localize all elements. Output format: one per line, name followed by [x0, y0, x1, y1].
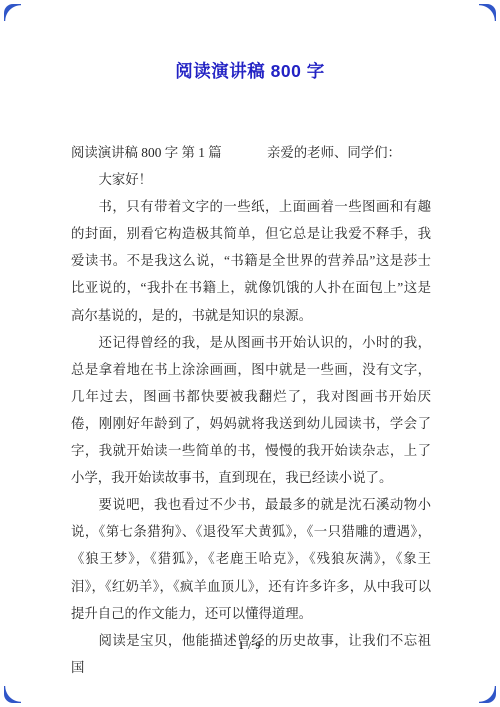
paragraph-body: 书，只有带着文字的一些纸，上面画着一些图画和有趣的封面，别看它构造极其简单，但它… — [71, 193, 431, 328]
page-number-indicator: 1 / 9 — [0, 641, 500, 652]
paragraph-body: 还记得曾经的我，是从图画书开始认识的，小时的我，总是拿着地在书上涂涂画画，图中就… — [71, 329, 431, 492]
corner-accent-bottom-right-decoration — [479, 686, 496, 703]
document-body: 阅读演讲稿 800 字 第 1 篇 亲爱的老师、同学们： 大家好！ 书，只有带着… — [71, 139, 431, 681]
corner-accent-bottom-left-decoration — [4, 686, 21, 703]
paragraph-body: 要说吧，我也看过不少书，最最多的就是沈石溪动物小说，《第七条猎狗》、《退役军犬黄… — [71, 491, 431, 626]
section-heading-line: 阅读演讲稿 800 字 第 1 篇 亲爱的老师、同学们： — [71, 139, 431, 166]
paragraph-greeting: 大家好！ — [71, 166, 431, 193]
document-title: 阅读演讲稿 800 字 — [0, 58, 500, 83]
corner-accent-top-right-decoration — [479, 4, 496, 21]
corner-accent-top-left-decoration — [4, 4, 21, 21]
salutation-text: 亲爱的老师、同学们： — [267, 145, 401, 160]
section-heading-label: 阅读演讲稿 800 字 第 1 篇 — [71, 145, 222, 160]
paragraph-body: 阅读是宝贝，他能描述曾经的历史故事，让我们不忘祖国 — [71, 627, 431, 681]
document-page: 阅读演讲稿 800 字 阅读演讲稿 800 字 第 1 篇 亲爱的老师、同学们：… — [0, 0, 500, 707]
